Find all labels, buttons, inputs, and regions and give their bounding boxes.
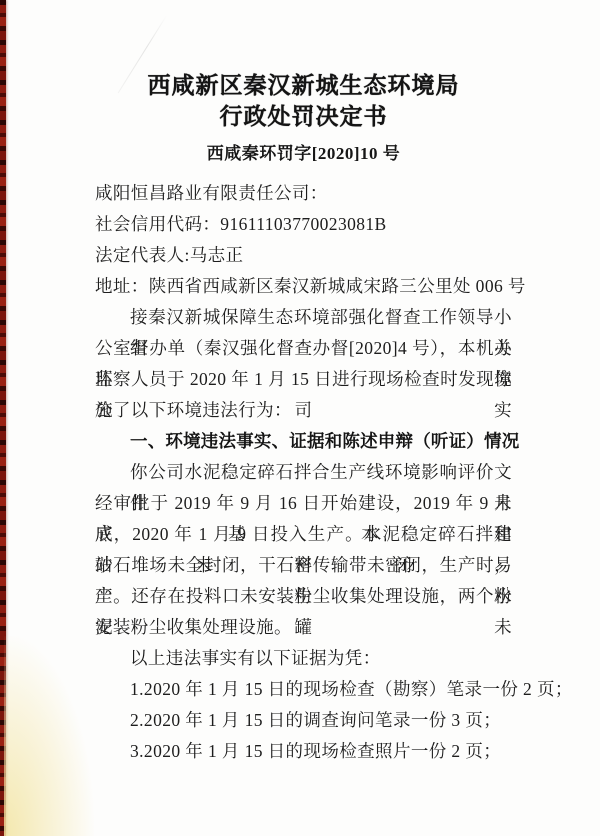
document-line: 砂石堆场未全封闭，干石料传输带未密闭，生产时易产生粉 (95, 550, 512, 581)
document-line: 你公司水泥稳定碎石拌合生产线环境影响评价文件未 (95, 457, 512, 488)
document-line: 咸阳恒昌路业有限责任公司： (95, 178, 512, 209)
document-sheet: 西咸新区秦汉新城生态环境局 行政处罚决定书 西咸秦环罚字[2020]10 号 咸… (0, 0, 600, 836)
document-body: 咸阳恒昌路业有限责任公司：社会信用代码：91611103770023081B法定… (95, 178, 512, 767)
document-line: 地址：陕西省西咸新区秦汉新城咸宋路三公里处 006 号 (95, 271, 512, 302)
document-line: 成，2020 年 1 月 9 日投入生产。水泥稳定碎石拌和站未密闭， (95, 519, 512, 550)
document-line: 公室督办单（秦汉强化督查办督[2020]4 号），本机关环境 (95, 333, 512, 364)
document-line: 1.2020 年 1 月 15 日的现场检查（勘察）笔录一份 2 页； (95, 674, 512, 705)
document-line: 社会信用代码：91611103770023081B (95, 209, 512, 240)
document-header: 西咸新区秦汉新城生态环境局 行政处罚决定书 西咸秦环罚字[2020]10 号 (95, 70, 512, 166)
document-title-line-2: 行政处罚决定书 (95, 101, 512, 132)
document-line: 监察人员于 2020 年 1 月 15 日进行现场检查时发现你公司实 (95, 364, 512, 395)
document-line: 接秦汉新城保障生态环境部强化督查工作领导小组办 (95, 302, 512, 333)
document-line: 经审批于 2019 年 9 月 16 日开始建设，2019 年 9 月底基本建 (95, 488, 512, 519)
scanned-document-page: { "header": { "title_line1": "西咸新区秦汉新城生态… (0, 0, 600, 836)
document-number: 西咸秦环罚字[2020]10 号 (95, 142, 512, 166)
document-line: 一、环境违法事实、证据和陈述申辩（听证）情况 (95, 426, 512, 457)
document-line: 以上违法事实有以下证据为凭： (95, 643, 512, 674)
document-line: 尘。还存在投料口未安装粉尘收集处理设施，两个水泥罐未 (95, 581, 512, 612)
document-line: 3.2020 年 1 月 15 日的现场检查照片一份 2 页； (95, 736, 512, 767)
document-line: 法定代表人:马志正 (95, 240, 512, 271)
document-line: 2.2020 年 1 月 15 日的调查询问笔录一份 3 页； (95, 705, 512, 736)
document-title-line-1: 西咸新区秦汉新城生态环境局 (95, 70, 512, 101)
